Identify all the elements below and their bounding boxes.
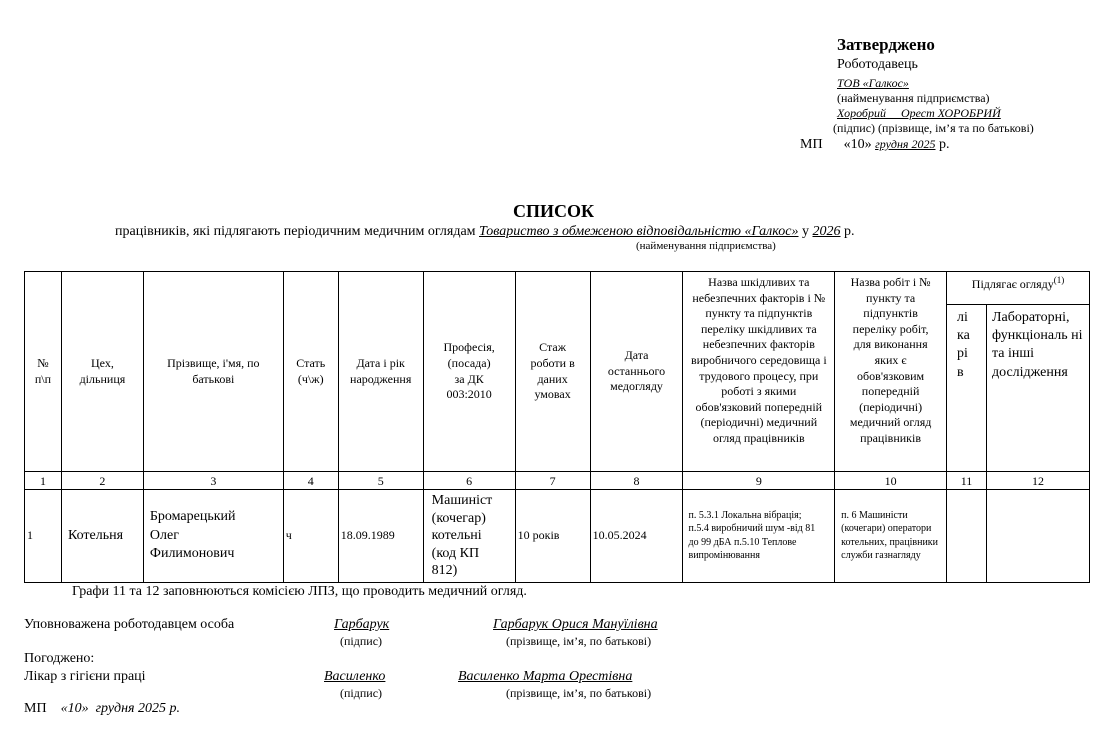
signature-caption: (підпис) (прізвище, ім’я та по батькові) <box>833 121 1034 136</box>
cell-profession: Машиніст (кочегар) котельні (код КП 812) <box>423 490 515 583</box>
document-title: СПИСОК <box>0 201 1100 222</box>
col-header-experience: Стаж роботи в даних умовах <box>515 272 590 472</box>
approval-title: Затверджено <box>837 35 935 55</box>
cell-num: 1 <box>25 490 62 583</box>
col-header-works: Назва робіт і № пункту та підпунктів пер… <box>835 272 947 472</box>
doctor-signature: Василенко <box>324 669 385 685</box>
exam-group-footnote: (1) <box>1054 275 1065 285</box>
cell-lab <box>986 490 1089 583</box>
col-number: 12 <box>986 472 1089 490</box>
approval-month-year: грудня 2025 <box>875 137 935 151</box>
mp-label: МП <box>800 137 823 152</box>
col-header-department: Цех, дільниця <box>61 272 143 472</box>
col-header-exam-group: Підлягає огляду(1) <box>947 272 1090 305</box>
col-number: 11 <box>947 472 987 490</box>
approval-date: МП «10» грудня 2025 р. <box>800 137 949 153</box>
signature-caption: (підпис) <box>340 686 382 701</box>
org-name: ТОВ «Галкос» <box>837 76 909 91</box>
col-header-hazards: Назва шкідливих та небезпечних факторів … <box>683 272 835 472</box>
subtitle-year-prefix: у <box>799 224 813 239</box>
col-number: 1 <box>25 472 62 490</box>
workers-table: № п\п Цех, дільниця Прізвище, і'мя, по б… <box>24 271 1090 583</box>
col-header-num: № п\п <box>25 272 62 472</box>
col-header-profession: Професія, (посада) за ДК 003:2010 <box>423 272 515 472</box>
employer-label: Роботодавець <box>837 57 918 73</box>
col-number: 2 <box>61 472 143 490</box>
footer-mp: МП <box>24 701 47 716</box>
cell-experience: 10 років <box>515 490 590 583</box>
col-number: 7 <box>515 472 590 490</box>
cell-birth-date: 18.09.1989 <box>338 490 423 583</box>
footer-date: МП «10» грудня 2025 р. <box>24 701 180 717</box>
col-number: 10 <box>835 472 947 490</box>
header-row: № п\п Цех, дільниця Прізвище, і'мя, по б… <box>25 272 1090 305</box>
cell-gender: ч <box>283 490 338 583</box>
footnote: Графи 11 та 12 заповнюються комісією ЛПЗ… <box>72 584 527 600</box>
authorized-person-signature: Гарбарук <box>334 617 389 633</box>
cell-full-name: Бромарецький Олег Филимонович <box>143 490 283 583</box>
doctor-label: Лікар з гігієни праці <box>24 669 146 685</box>
col-header-lab: Лабораторні, функціональ ні та інші досл… <box>986 305 1089 472</box>
col-number: 4 <box>283 472 338 490</box>
exam-group-label: Підлягає огляду <box>972 277 1054 291</box>
col-header-name: Прізвище, і'мя, по батькові <box>143 272 283 472</box>
document-subtitle: працівників, які підлягають періодичним … <box>115 224 855 240</box>
authorized-person-label: Уповноважена роботодавцем особа <box>24 617 234 633</box>
subtitle-org: Товариство з обмеженою відповідальністю … <box>479 224 798 239</box>
approval-day: «10» <box>844 137 872 152</box>
cell-doctors <box>947 490 987 583</box>
col-number: 5 <box>338 472 423 490</box>
director-signature: Хоробрий Орест ХОРОБРИЙ <box>837 106 1001 121</box>
col-number: 3 <box>143 472 283 490</box>
col-header-last-exam: Дата останнього медогляду <box>590 272 683 472</box>
authorized-person-name: Гарбарук Орися Мануїлівна <box>493 617 658 633</box>
cell-works: п. 6 Машиністи (кочегари) оператори коте… <box>835 490 947 583</box>
name-caption: (прізвище, ім’я, по батькові) <box>506 634 651 649</box>
approval-year-suffix: р. <box>939 137 950 152</box>
cell-department: Котельня <box>61 490 143 583</box>
subtitle-prefix: працівників, які підлягають періодичним … <box>115 224 479 239</box>
col-header-doctors: лі ка рі в <box>947 305 987 472</box>
col-header-birth: Дата і рік народження <box>338 272 423 472</box>
doctor-name: Василенко Марта Орестівна <box>458 669 632 685</box>
subtitle-year: 2026 <box>813 224 841 239</box>
col-number: 6 <box>423 472 515 490</box>
col-number: 9 <box>683 472 835 490</box>
name-caption: (прізвище, ім’я, по батькові) <box>506 686 651 701</box>
agreed-label: Погоджено: <box>24 651 94 667</box>
col-number: 8 <box>590 472 683 490</box>
cell-hazards: п. 5.3.1 Локальна вібрація; п.5.4 виробн… <box>683 490 835 583</box>
column-number-row: 1 2 3 4 5 6 7 8 9 10 11 12 <box>25 472 1090 490</box>
footer-date-value: «10» грудня 2025 р. <box>61 701 181 716</box>
cell-last-exam: 10.05.2024 <box>590 490 683 583</box>
org-caption: (найменування підприємства) <box>837 91 990 106</box>
subtitle-year-suffix: р. <box>841 224 855 239</box>
subtitle-caption: (найменування підприємства) <box>636 240 776 252</box>
signature-caption: (підпис) <box>340 634 382 649</box>
col-header-gender: Стать (ч\ж) <box>283 272 338 472</box>
table-row: 1 Котельня Бромарецький Олег Филимонович… <box>25 490 1090 583</box>
